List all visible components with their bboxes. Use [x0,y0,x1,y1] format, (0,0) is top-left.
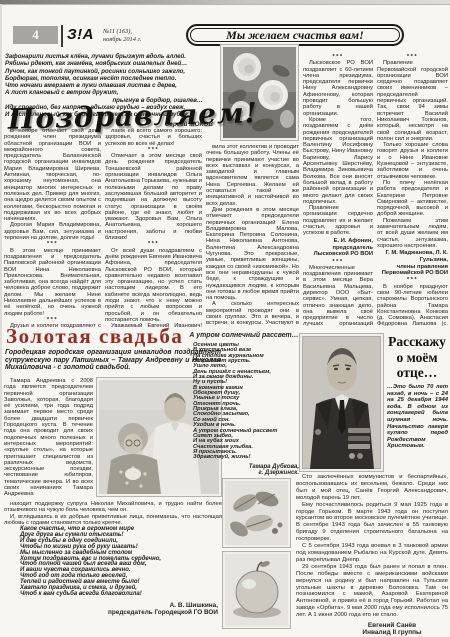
paragraph: члены правления Первомайской РО ВОИ [377,264,448,277]
paragraph: председатель Лысковской РО ВОИ [303,245,373,258]
motto-text: Мы желаем счастья вам! [226,28,364,43]
heading-line: о моём [386,350,448,366]
veteran-illustration [302,336,381,469]
issue-number: №11 (163), [103,28,142,36]
paragraph: Кроме того, поздравляем с днём рождения … [303,117,373,205]
paragraph: По плечу нелёгкая работа председателя и … [377,180,448,218]
page-number: 4 [13,26,58,44]
newspaper-logo: З!А [67,26,94,43]
poem-line: Что ночами вмерзает в лужи опавшая листв… [5,82,219,89]
paragraph: Дорогая Мария Владимировна, здоровья Вам… [4,222,101,241]
morning-poem-lines: Осенние цветыВ хрустальной вазеНа столик… [193,343,299,461]
golden-wedding-continuation: находит поддержку супруга Николая Михайл… [4,501,222,526]
paragraph: Многочисленные поздравления принимает в … [303,265,373,328]
header-rule [0,0,450,4]
paragraph: Дни рождения в этом месяце отмечают пред… [206,207,299,301]
poem-line: Зафонарили листья клёна, лучами брызжут … [5,53,219,60]
father-story-intro: …Это было 70 лет назад, в ночь – с 24 на… [387,384,448,450]
paragraph: Правление Первомайской городской организ… [377,60,448,142]
paragraph: находит поддержку супруга Николая Михайл… [4,501,222,514]
paragraph: От всей души поздравляем с днём рождения… [105,248,202,324]
morning-poem: Осенние цветыВ хрустальной вазеНа столик… [193,343,299,477]
paragraph: Е. И. Афонин, [303,238,373,244]
wedding-poem-lines: Какое счастье, что в огромном миреДруг д… [20,527,218,598]
signature-role: председатель Городецкой ГО ВОИ [20,609,218,616]
paragraph: Сто заключённых коммунистов и беспартийн… [296,474,448,502]
paragraph: Тамара Андреевна с 2008 года является пр… [4,378,93,497]
signature-note: Инвалид II группы [336,629,448,636]
poem-line: А лист клановый с ветром дружит, [5,89,219,96]
paragraph: лаем ей всего самого хорошего: здоровья,… [105,128,202,147]
issue-date: ноябрь 2014 г. [103,36,142,44]
paragraph: Г. М. Маджанова, Л. К. Гульзина, [377,250,448,263]
signature-name: Евгений Санёв [336,622,448,629]
paragraph: 29 сентября 1943 года был ранен и попал … [296,564,448,619]
apple-photo [222,551,291,629]
poem-line: Чтоб к вам судьба всегда благоволила! [20,592,218,598]
congrats-column-4: ***Лысковское РО ВОИ поздравляет с 60-ле… [303,54,373,328]
heading-line: Расскажу [386,334,448,350]
leaves-illustration [225,481,288,545]
paragraph: Отмечает в этом месяце свой день рождени… [105,153,202,241]
paragraph: Лысковское РО ВОИ поздравляет с 60-летие… [303,60,373,117]
paragraph: В ноябре празднуют свои 90-летние юбилеи… [377,284,448,328]
poem-line: Здравствуй, жизнь! [193,455,299,460]
morning-poem-title: А утром солнечный рассвет… [187,332,301,339]
paragraph: Правление организации сердечно поздравля… [303,205,373,236]
congrats-column-1: В ноябре отмечает свой день рождения чле… [4,128,101,328]
paragraph: С 5 сентября 1943 года воевал в 3 танков… [296,543,448,564]
signature-name: Тамара Дубкова, [193,464,299,471]
paragraph: Ему посчастливилось родиться 9 мая 1925 … [296,502,448,543]
father-story-body: Сто заключённых коммунистов и беспартийн… [296,474,448,637]
congrats-column-3: вила этот коллектив и проводит очень бол… [206,144,299,328]
golden-wedding-column: Тамара Андреевна с 2008 года является пр… [4,378,93,497]
apple-illustration [225,554,288,626]
poem-line: Лучом, как тонкой паутинкой, росинки сол… [5,68,219,75]
father-story-signature: Евгений Санёв Инвалид II группы [296,622,448,637]
wedding-poem: Какое счастье, что в огромном миреДруг д… [20,527,218,616]
signature-place: г. Дзержинск. [193,470,299,477]
paragraph: В этом месяце принимает поздравления и п… [4,248,101,317]
veteran-portrait-photo [299,333,384,472]
congrats-column-5: ***Правление Первомайской городской орга… [377,54,448,328]
morning-poem-signature: Тамара Дубкова, г. Дзержинск. [193,464,299,478]
paragraph: А сколько интересных мероприятий проводя… [206,301,299,328]
golden-wedding-lede: Городецкая городская организация инвалид… [5,349,221,372]
autumn-leaves-photo [222,478,291,548]
page-fold-line [0,0,2,430]
father-story-heading: Расскажу о моём отце… [386,334,448,381]
paragraph: В ноябре отмечает свой день рождения чле… [4,128,101,222]
newspaper-page: 4 З!А №11 (163), ноябрь 2014 г. Мы желае… [0,0,450,637]
issue-info: №11 (163), ноябрь 2014 г. [103,28,142,43]
signature-name: А. В. Шишкина, [20,602,218,609]
paragraph: Пожелаем этим замечательным людям, от вс… [377,218,448,249]
poem-line: Рябины рдеют, как знамёна, ноябрьских ош… [5,60,219,67]
heading-line: отце… [386,365,448,381]
motto-banner: Мы желаем счастья вам! [186,24,404,46]
father-story-paragraphs: Сто заключённых коммунистов и беспартийн… [296,474,448,619]
congrats-column-2: лаем ей всего самого хорошего: здоровья,… [105,128,202,328]
header-divider [61,25,63,47]
paragraph: И, вглядываясь в их добрые приветливые л… [4,514,222,527]
poem-line: Бордюрам, тополям, осинкам несёт последн… [5,75,219,82]
paragraph: вила этот коллектив и проводит очень бол… [206,144,299,207]
wedding-signature: А. В. Шишкина, председатель Городецкой Г… [20,602,218,616]
golden-wedding-heading: Золотая свадьба [6,324,183,349]
paragraph: Только хорошие слова говорят друзья и ко… [377,142,448,180]
